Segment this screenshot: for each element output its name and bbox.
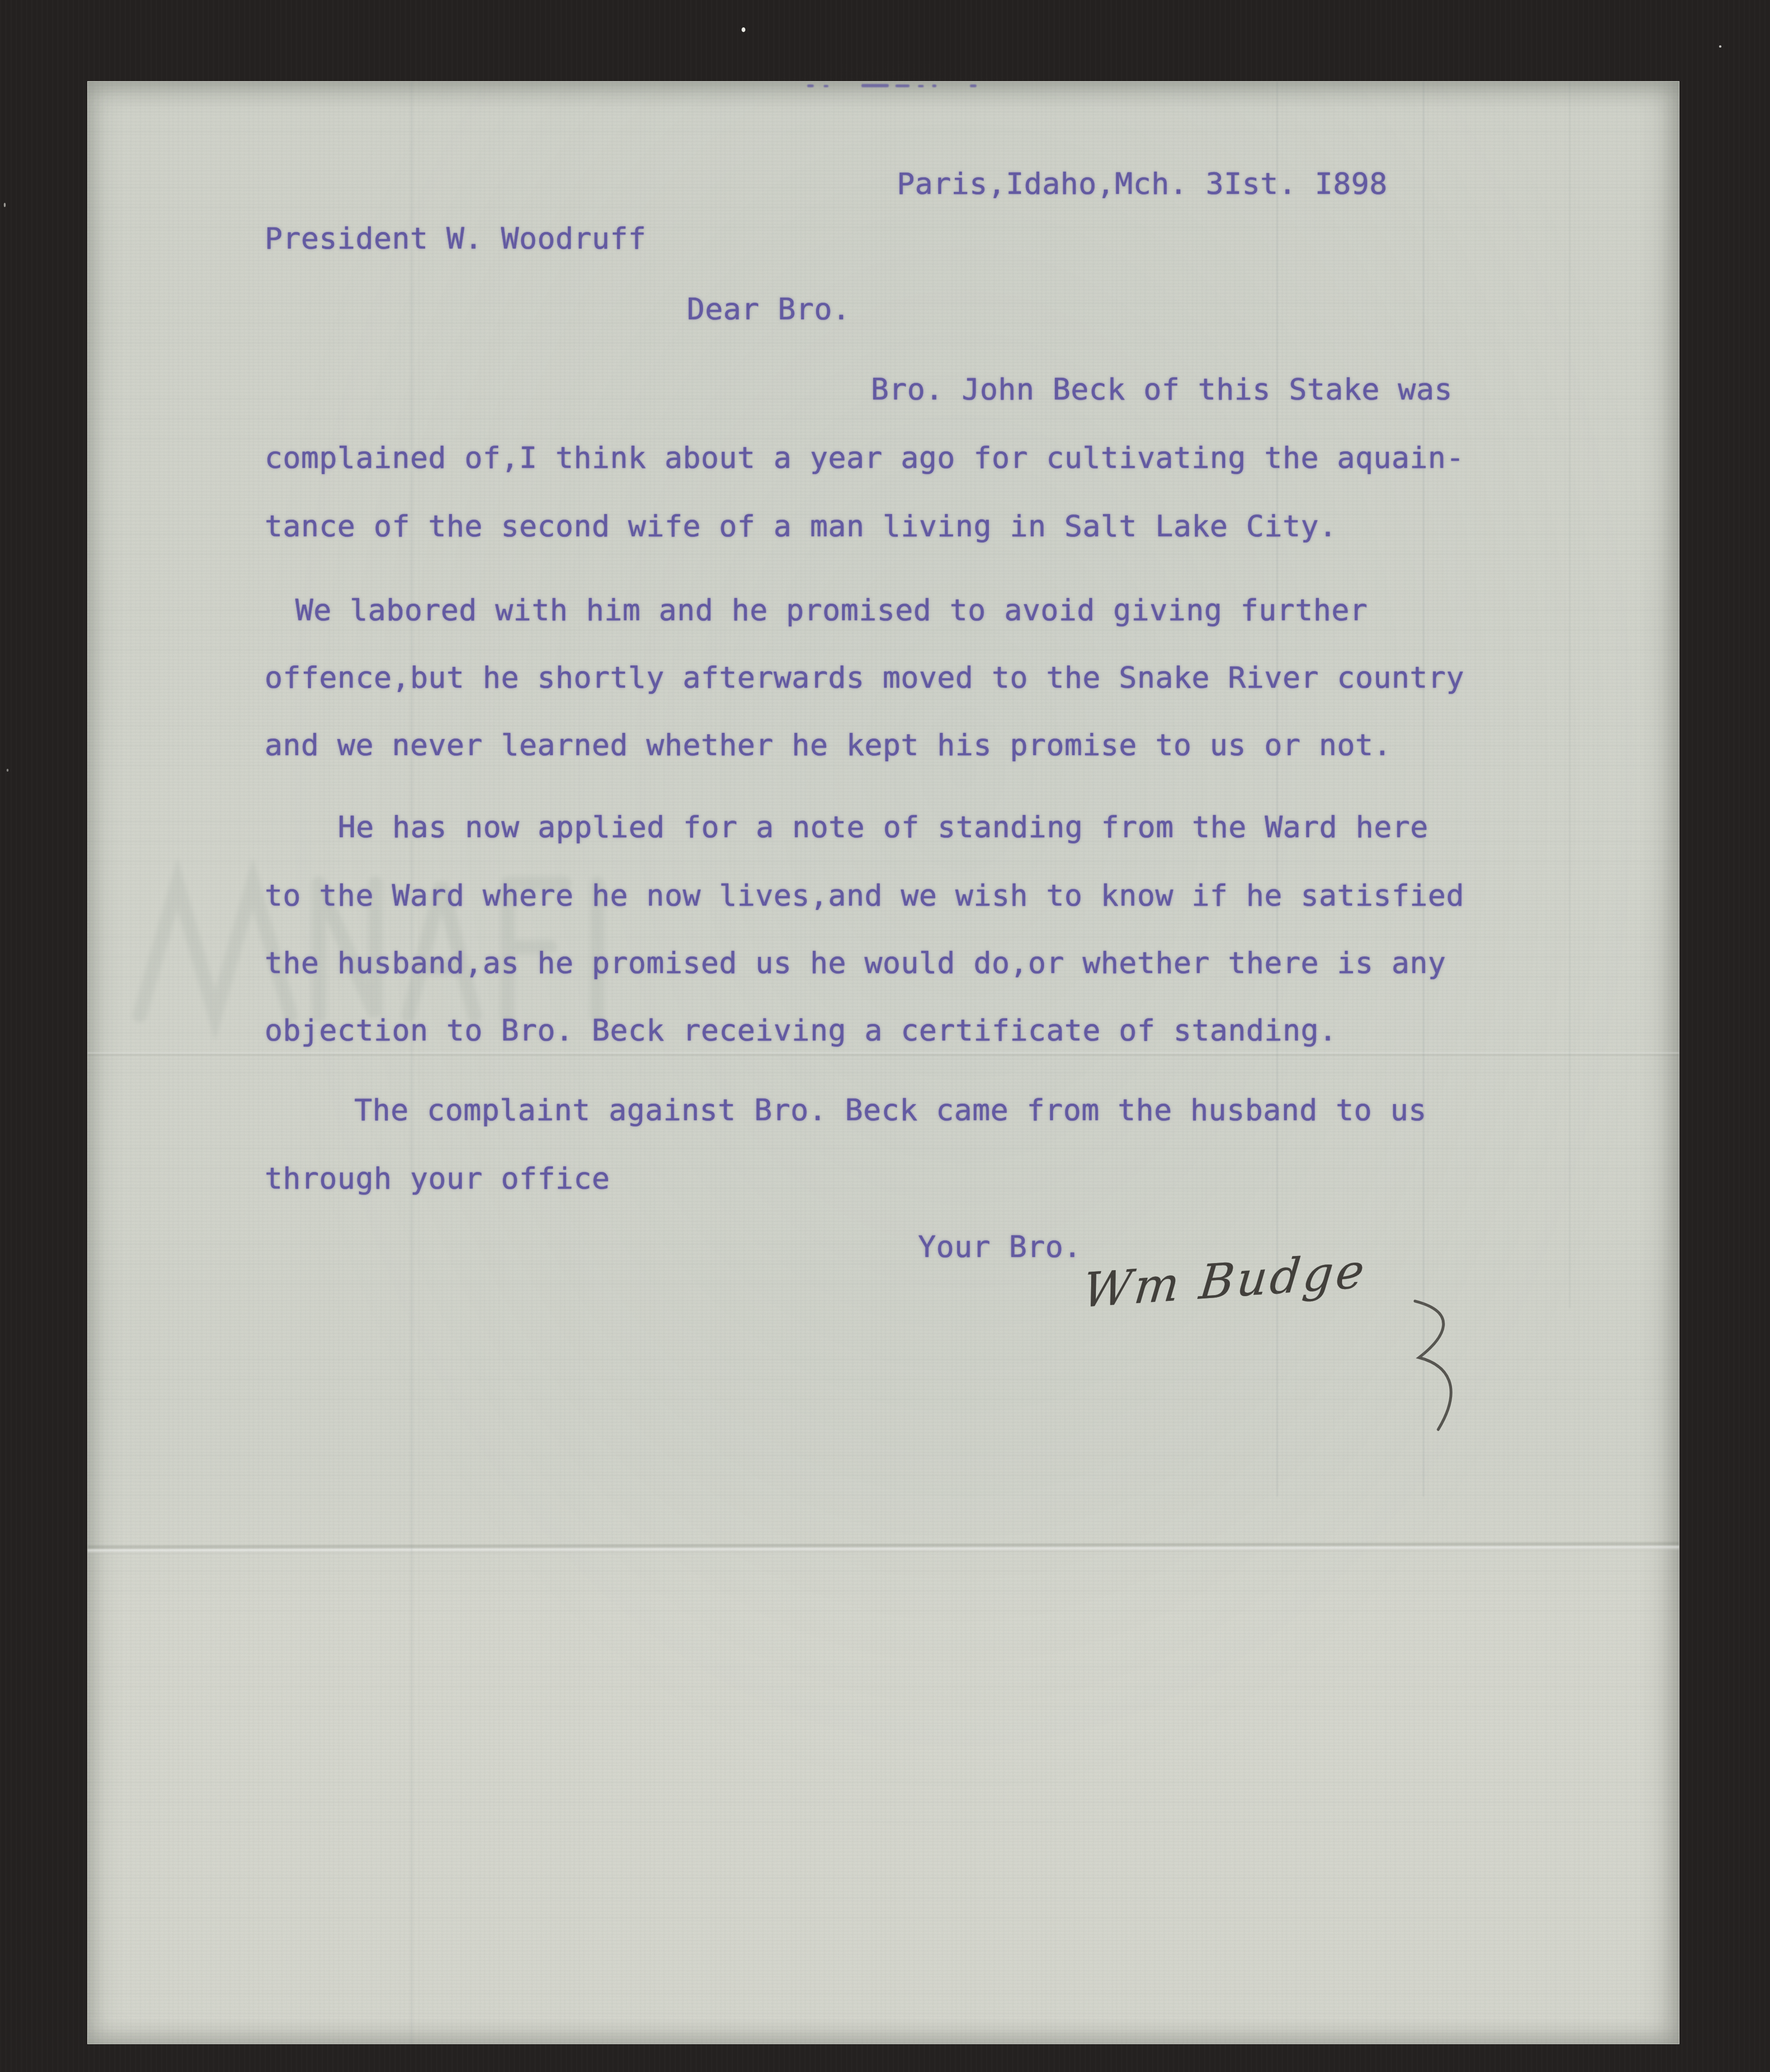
letter-page: Paris,Idaho,Mch. 3Ist. I898 President W.…	[87, 81, 1679, 2044]
ink-fragment	[970, 84, 977, 87]
ink-fragment	[895, 84, 910, 87]
salutation: Dear Bro.	[687, 292, 851, 327]
body-line: The complaint against Bro. Beck came fro…	[354, 1093, 1427, 1128]
fold-crease	[88, 1052, 1679, 1056]
body-line: and we never learned whether he kept his…	[265, 728, 1392, 763]
body-line: offence,but he shortly afterwards moved …	[265, 660, 1464, 695]
body-line: objection to Bro. Beck receiving a certi…	[265, 1013, 1337, 1048]
ink-fragment	[807, 84, 814, 87]
dust-speck	[1719, 45, 1721, 48]
dust-speck	[7, 769, 8, 772]
body-line: through your office	[265, 1161, 610, 1196]
body-line: the husband,as he promised us he would d…	[265, 946, 1446, 981]
body-line: Bro. John Beck of this Stake was	[871, 372, 1453, 407]
dust-speck	[4, 203, 6, 207]
ink-fragment	[932, 84, 936, 87]
paper-laid-line	[411, 82, 412, 2044]
dust-speck	[742, 27, 745, 32]
signature: Wm Budge	[1081, 1231, 1557, 1465]
body-line: We labored with him and he promised to a…	[295, 593, 1368, 628]
signature-flourish	[1386, 1288, 1547, 1440]
recipient-line: President W. Woodruff	[265, 221, 646, 256]
closing-line: Your Bro.	[918, 1230, 1082, 1265]
scan-background: Paris,Idaho,Mch. 3Ist. I898 President W.…	[0, 0, 1770, 2072]
ink-fragment	[824, 85, 828, 87]
dateline: Paris,Idaho,Mch. 3Ist. I898	[897, 166, 1387, 201]
ink-fragment	[861, 84, 889, 87]
body-line: He has now applied for a note of standin…	[338, 810, 1428, 845]
ink-fragment	[918, 85, 924, 87]
body-line: to the Ward where he now lives,and we wi…	[265, 878, 1464, 913]
body-line: complained of,I think about a year ago f…	[265, 441, 1464, 475]
paper-laid-line	[1569, 82, 1570, 1308]
signature-text: Wm Budge	[1080, 1243, 1369, 1318]
body-line: tance of the second wife of a man living…	[265, 509, 1337, 544]
top-edge-ink-fragments	[88, 82, 1679, 91]
fold-crease	[88, 1542, 1679, 1554]
